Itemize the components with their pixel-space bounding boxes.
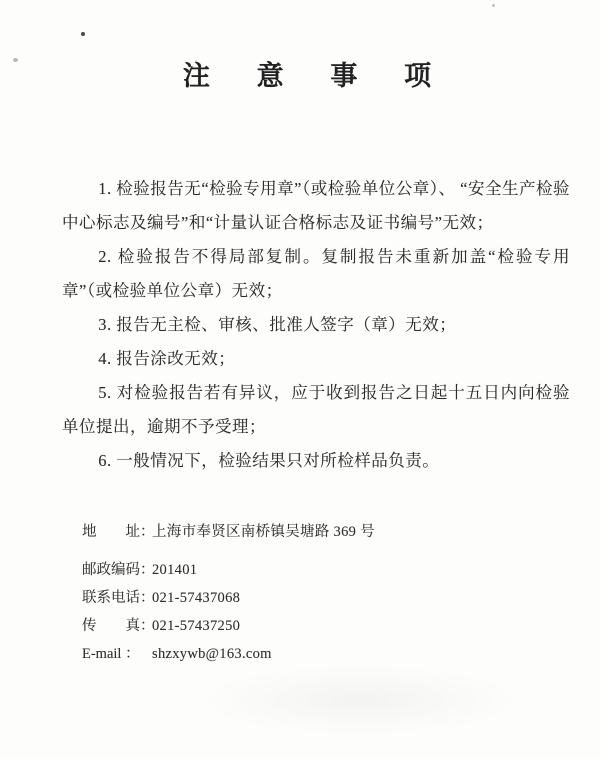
notes-list: 1. 检验报告无“检验专用章”（或检验单位公章）、 “安全生产检验中心标志及编号…: [0, 172, 600, 478]
note-item-5: 5. 对检验报告若有异议，应于收到报告之日起十五日内向检验单位提出，逾期不予受理…: [62, 376, 570, 444]
postal-code-label: 邮政编码：: [82, 560, 152, 581]
address-value: 上海市奉贤区南桥镇吴塘路 369 号: [152, 522, 375, 543]
fax-value: 021-57437250: [152, 616, 240, 637]
contact-info-block: 地 址： 上海市奉贤区南桥镇吴塘路 369 号 邮政编码： 201401 联系电…: [0, 522, 600, 665]
contact-row-fax: 传 真： 021-57437250: [82, 616, 600, 637]
contact-row-address: 地 址： 上海市奉贤区南桥镇吴塘路 369 号: [82, 522, 600, 543]
note-item-6: 6. 一般情况下，检验结果只对所检样品负责。: [62, 444, 570, 478]
note-item-1: 1. 检验报告无“检验专用章”（或检验单位公章）、 “安全生产检验中心标志及编号…: [62, 172, 570, 240]
phone-value: 021-57437068: [152, 588, 240, 609]
postal-code-value: 201401: [152, 560, 197, 581]
contact-row-email: E-mail ： shzxywb@163.com: [82, 644, 600, 665]
email-label: E-mail ：: [82, 644, 152, 665]
note-item-2: 2. 检验报告不得局部复制。复制报告未重新加盖“检验专用章”（或检验单位公章）无…: [62, 240, 570, 308]
scanned-notice-page: 注 意 事 项 1. 检验报告无“检验专用章”（或检验单位公章）、 “安全生产检…: [0, 0, 600, 759]
fax-label: 传 真：: [82, 616, 152, 637]
page-title: 注 意 事 项: [0, 0, 600, 92]
scan-smudge: [200, 665, 520, 735]
note-item-3: 3. 报告无主检、审核、批准人签字（章）无效；: [62, 308, 570, 342]
scan-speck: [81, 32, 85, 36]
note-item-4: 4. 报告涂改无效；: [62, 342, 570, 376]
contact-row-phone: 联系电话： 021-57437068: [82, 588, 600, 609]
scan-speck: [13, 58, 18, 62]
email-value: shzxywb@163.com: [152, 644, 272, 665]
phone-label: 联系电话：: [82, 588, 152, 609]
contact-row-postal-code: 邮政编码： 201401: [82, 560, 600, 581]
scan-speck: [492, 4, 495, 7]
address-label: 地 址：: [82, 522, 152, 543]
